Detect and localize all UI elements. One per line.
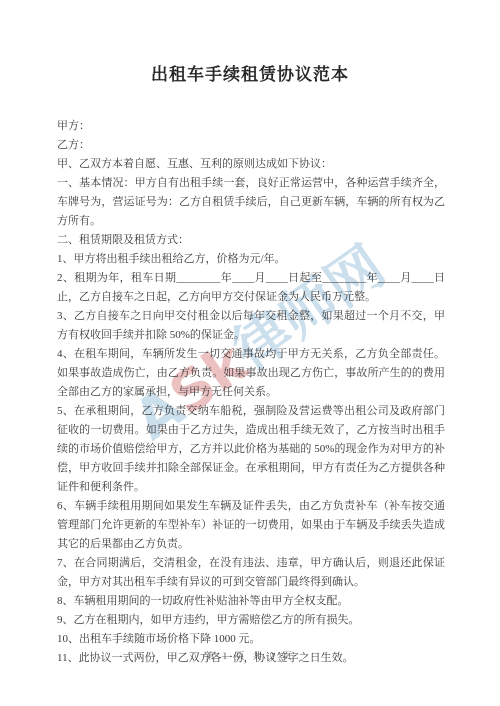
paragraph: 乙方： <box>57 136 445 155</box>
paragraph: 8、车辆租用期间的一切政府性补贴油补等由甲方全权支配。 <box>57 592 445 611</box>
document-page: ASk律师网 出租车手续租赁协议范本 甲方：乙方：甲、乙双方本着自愿、互惠、互利… <box>0 0 500 706</box>
paragraph: 甲方： <box>57 117 445 136</box>
paragraph: 5、在承租期间，乙方负责交纳车船税，强制险及营运费等出租公司及政府部门征收的一切… <box>57 402 445 497</box>
paragraph: 2、租期为年，租车日期________年____月____日起至________… <box>57 269 445 307</box>
paragraph: 1、甲方将出租手续出租给乙方，价格为元/年。 <box>57 250 445 269</box>
paragraph: 10、出租车手续随市场价格下降 1000 元。 <box>57 630 445 649</box>
paragraph: 甲、乙双方本着自愿、互惠、互利的原则达成如下协议： <box>57 155 445 174</box>
paragraph: 7、在合同期满后，交清租金，在没有违法、违章，甲方确认后，则退还此保证金，甲方对… <box>57 554 445 592</box>
document-title: 出租车手续租赁协议范本 <box>0 60 500 85</box>
paragraph: 6、车辆手续租用期间如果发生车辆及证件丢失，由乙方负责补车（补车按交通管理部门允… <box>57 497 445 554</box>
paragraph: 9、乙方在租期内，如甲方违约，甲方需赔偿乙方的所有损失。 <box>57 611 445 630</box>
document-body: 甲方：乙方：甲、乙双方本着自愿、互惠、互利的原则达成如下协议：一、基本情况：甲方… <box>57 117 445 668</box>
paragraph: 3、乙方自接车之日向甲交付租金以后每年交租金整，如果超过一个月不交，甲方有权收回… <box>57 307 445 345</box>
paragraph: 一、基本情况：甲方自有出租手续一套，良好正常运营中，各种运营手续齐全，车牌号为，… <box>57 174 445 231</box>
paragraph: 4、在租车期间，车辆所发生一切交通事故均于甲方无关系，乙方负全部责任。如果事故造… <box>57 345 445 402</box>
page-footer: 第 1 页 共 2 页 <box>0 649 500 662</box>
paragraph: 二、租赁期限及租赁方式： <box>57 231 445 250</box>
